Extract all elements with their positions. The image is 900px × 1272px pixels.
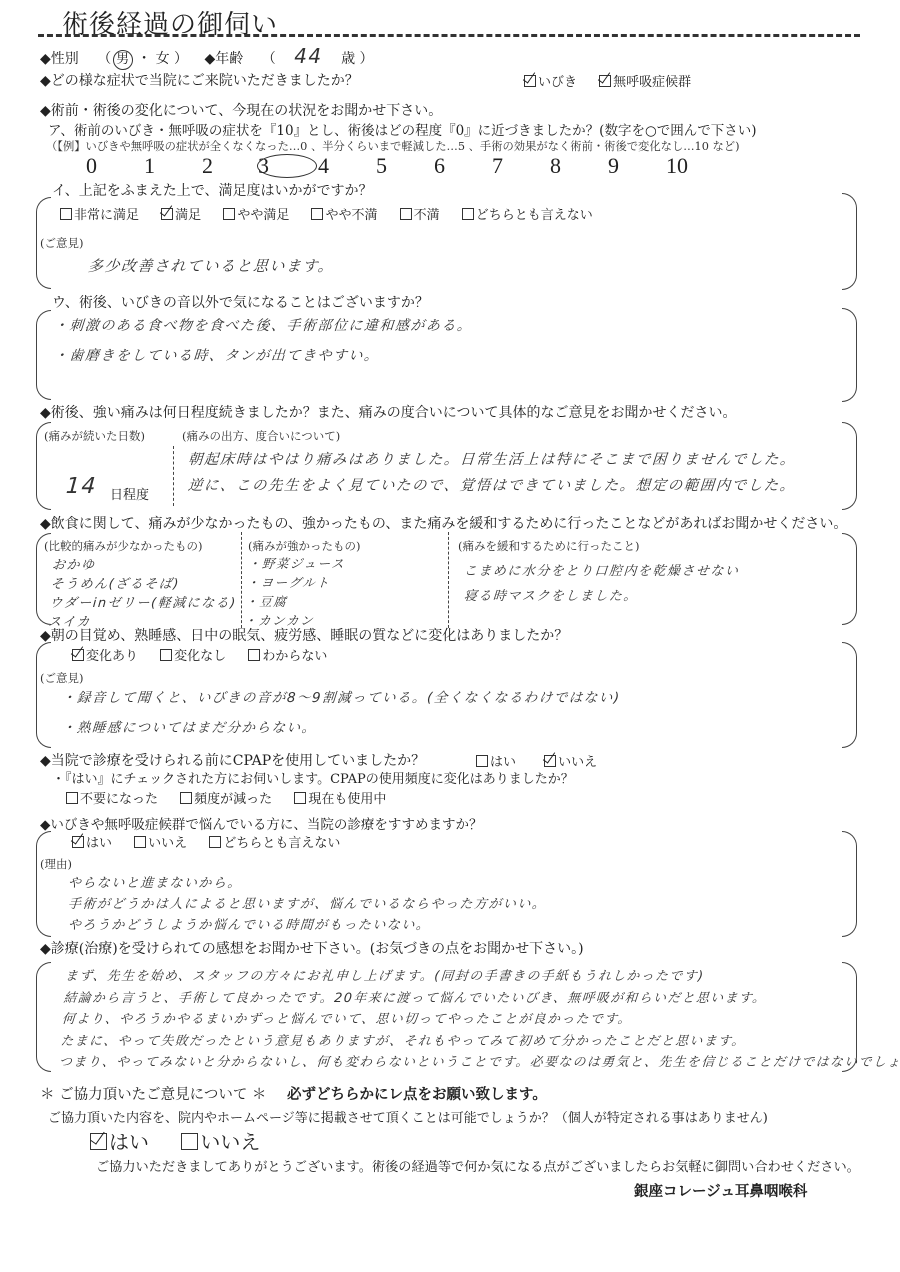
sleep-question: ◆朝の目覚め、熟睡感、日中の眠気、疲労感、睡眠の質などに変化はありましたか？	[40, 625, 568, 645]
recommend-reason-label: (理由)	[40, 856, 72, 872]
checkbox-icon	[66, 792, 78, 804]
scale-3[interactable]: 3	[260, 153, 318, 179]
recommend-option-yes[interactable]: はい	[72, 832, 112, 851]
checkbox-icon	[180, 792, 192, 804]
pain-days-unit: 日程度	[110, 484, 149, 503]
sleep-opinion-line-1[interactable]: ・録音して聞くと、いびきの音が8〜9割減っている。(全くなくなるわけではない)	[61, 686, 621, 706]
food-relief-label: (痛みを緩和するために行ったこと)	[458, 538, 639, 554]
impressions-line[interactable]: つまり、やってみないと分からないし、何も変わらないということです。必要なのは勇気…	[58, 1052, 900, 1074]
bracket-right	[842, 193, 857, 290]
change-scale: 012345678910	[86, 153, 724, 179]
pain-days-value[interactable]: 14	[65, 474, 98, 499]
list-item[interactable]: ・ヨーグルト	[246, 573, 344, 592]
cpap-followup-reduced[interactable]: 頻度が減った	[180, 788, 272, 807]
title-divider	[38, 34, 860, 37]
change-question-a: ア、術前のいびき・無呼吸の症状を『10』とし、術後はどの程度『0』に近づきました…	[48, 119, 757, 139]
food-less-pain-list: おかゆ そうめん(ざるそば) ウダーinゼリー(軽減になる) スイカ	[47, 556, 240, 632]
satisfaction-option-somewhat-dissatisfied[interactable]: やや不満	[311, 204, 377, 223]
scale-5[interactable]: 5	[376, 153, 434, 179]
symptoms-question: ◆どの様な症状で当院にご来院いただきましたか？	[40, 70, 359, 90]
consent-options: はい いいえ	[90, 1126, 278, 1155]
recommend-reason-line-2[interactable]: 手術がどうかは人によると思いますが、悩んでいるならやった方がいい。	[67, 893, 547, 912]
other-concerns-line-2[interactable]: ・歯磨きをしている時、タンが出てきやすい。	[53, 345, 380, 365]
satisfaction-question: イ、上記をふまえた上で、満足度はいかがですか？	[52, 180, 372, 200]
pain-divider	[173, 446, 174, 506]
checkbox-icon	[400, 208, 412, 220]
cpap-question: ◆当院で診療を受けられる前にCPAPを使用していましたか？	[40, 750, 425, 770]
consent-question: ご協力頂いた内容を、院内やホームページ等に掲載させて頂くことは可能でしょうか？（…	[48, 1107, 768, 1126]
food-less-pain-label: (比較的痛みが少なかったもの)	[44, 538, 202, 554]
scale-6[interactable]: 6	[434, 153, 492, 179]
recommend-option-no[interactable]: いいえ	[134, 832, 187, 851]
bracket-right	[842, 533, 857, 625]
consent-heading-left: ＊ ご協力頂いたご意見について ＊	[40, 1087, 266, 1103]
list-item[interactable]: ・野菜ジュース	[247, 554, 345, 573]
consent-option-no[interactable]: いいえ	[181, 1126, 260, 1155]
checkbox-icon	[60, 208, 72, 220]
cpap-followup: ・『はい』にチェックされた方にお伺いします。CPAPの使用頻度に変化はありました…	[52, 768, 574, 787]
list-item[interactable]: そうめん(ざるそば)	[50, 575, 239, 594]
bracket-left	[36, 831, 51, 937]
checkbox-checked-icon	[161, 208, 173, 220]
recommend-reason-line-1[interactable]: やらないと進まないから。	[67, 872, 242, 891]
list-item[interactable]: ウダーinゼリー(軽減になる)	[49, 594, 238, 613]
scale-7[interactable]: 7	[492, 153, 550, 179]
scale-10[interactable]: 10	[666, 153, 724, 179]
bracket-left	[36, 642, 51, 748]
satisfaction-opinion-label: (ご意見)	[40, 235, 83, 251]
bracket-right	[842, 831, 857, 937]
sleep-option-no-change[interactable]: 変化なし	[160, 645, 226, 664]
cpap-followup-options: 不要になった 頻度が減った 現在も使用中	[66, 788, 404, 807]
satisfaction-option-very-satisfied[interactable]: 非常に満足	[60, 204, 139, 223]
pain-detail-line-1[interactable]: 朝起床時はやはり痛みはありました。日常生活上は特にそこまで困りませんでした。	[187, 448, 796, 469]
checkbox-checked-icon[interactable]	[524, 75, 536, 87]
scale-1[interactable]: 1	[144, 153, 202, 179]
pain-detail-line-2[interactable]: 逆に、この先生をよく見ていたので、覚悟はできていました。想定の範囲内でした。	[187, 474, 796, 495]
satisfaction-option-somewhat-satisfied[interactable]: やや満足	[223, 204, 289, 223]
clinic-name: 銀座コレージュ耳鼻咽喉科	[634, 1180, 807, 1201]
other-concerns-question: ウ、術後、いびきの音以外で気になることはございますか？	[52, 292, 429, 312]
food-question: ◆飲食に関して、痛みが少なかったもの、強かったもの、また痛みを緩和するために行っ…	[40, 513, 847, 533]
consent-heading: ＊ ご協力頂いたご意見について ＊ 必ずどちらかにレ点をお願い致します。	[40, 1083, 547, 1104]
checkbox-checked-icon	[72, 836, 84, 848]
impressions-text: まず、先生を始め、スタッフの方々にお礼申し上げます。(同封の手書きの手紙もうれし…	[58, 966, 900, 1074]
satisfaction-option-satisfied[interactable]: 満足	[161, 204, 201, 223]
checkbox-checked-icon	[544, 755, 556, 767]
list-item[interactable]: おかゆ	[51, 556, 240, 575]
food-relief-line-2[interactable]: 寝る時マスクをしました。	[463, 585, 638, 604]
consent-heading-right: 必ずどちらかにレ点をお願い致します。	[287, 1087, 547, 1103]
other-concerns-line-1[interactable]: ・刺激のある食べ物を食べた後、手術部位に違和感がある。	[53, 315, 473, 335]
symptom-option-apnea[interactable]: 無呼吸症候群	[599, 71, 691, 90]
bracket-right	[842, 642, 857, 748]
checkbox-icon	[160, 649, 172, 661]
checkbox-icon	[476, 755, 488, 767]
pain-days-label: (痛みが続いた日数)	[44, 428, 145, 444]
checkbox-checked-icon	[72, 649, 84, 661]
impressions-line[interactable]: たまに、やって失敗だったという意見もありますが、それもやってみて初めて分かったこ…	[60, 1031, 900, 1053]
impressions-line[interactable]: 何より、やろうかやるまいかずっと悩んでいて、思い切ってやったことが良かったです。	[61, 1009, 900, 1031]
sleep-opinion-line-2[interactable]: ・熟睡感についてはまだ分からない。	[61, 716, 317, 736]
sleep-options: 変化あり 変化なし わからない	[72, 645, 345, 664]
scale-4[interactable]: 4	[318, 153, 376, 179]
consent-option-yes[interactable]: はい	[90, 1126, 149, 1155]
sleep-option-changed[interactable]: 変化あり	[72, 645, 138, 664]
pain-detail-label: (痛みの出方、度合いについて)	[182, 428, 340, 444]
bracket-right	[842, 422, 857, 510]
scale-8[interactable]: 8	[550, 153, 608, 179]
food-divider-1	[241, 532, 242, 628]
symptom-option-snoring[interactable]: いびき	[524, 71, 577, 90]
gender-option-male[interactable]: 男	[113, 50, 133, 70]
checkbox-checked-icon	[90, 1133, 107, 1150]
cpap-followup-no-longer-needed[interactable]: 不要になった	[66, 788, 158, 807]
scale-9[interactable]: 9	[608, 153, 666, 179]
food-relief-line-1[interactable]: こまめに水分をとり口腔内を乾燥させない	[463, 560, 740, 579]
impressions-line[interactable]: まず、先生を始め、スタッフの方々にお礼申し上げます。(同封の手書きの手紙もうれし…	[64, 966, 900, 988]
bracket-left	[36, 962, 51, 1072]
checkbox-checked-icon[interactable]	[599, 75, 611, 87]
impressions-line[interactable]: 結論から言うと、手術して良かったです。20年来に渡って悩んでいたいびき、無呼吸が…	[63, 988, 900, 1010]
gender-option-female[interactable]: 女	[156, 51, 170, 67]
checkbox-icon	[248, 649, 260, 661]
satisfaction-opinion-text[interactable]: 多少改善されていると思います。	[87, 255, 335, 276]
satisfaction-option-dissatisfied[interactable]: 不満	[400, 204, 440, 223]
sleep-option-unknown[interactable]: わからない	[248, 645, 327, 664]
consent-thanks: ご協力いただきましてありがとうございます。術後の経過等で何か気になる点がございま…	[96, 1156, 860, 1175]
satisfaction-options: 非常に満足 満足 やや満足 やや不満 不満 どちらとも言えない	[60, 204, 611, 223]
checkbox-icon	[209, 836, 221, 848]
checkbox-icon	[311, 208, 323, 220]
food-strong-pain-list: ・野菜ジュース ・ヨーグルト ・豆腐 ・カンカン	[243, 554, 345, 630]
food-strong-pain-label: (痛みが強かったもの)	[248, 538, 360, 554]
change-heading: ◆術前・術後の変化について、今現在の状況をお聞かせ下さい。	[40, 100, 442, 120]
age-unit: 歳	[341, 51, 355, 67]
checkbox-icon	[134, 836, 146, 848]
checkbox-icon	[294, 792, 306, 804]
gender-label: ◆性別	[40, 51, 79, 67]
bracket-right	[842, 308, 857, 402]
checkbox-icon	[223, 208, 235, 220]
list-item[interactable]: ・豆腐	[245, 592, 343, 611]
recommend-question: ◆いびきや無呼吸症候群で悩んでいる方に、当院の診療をすすめますか？	[40, 813, 483, 833]
demographics-row: ◆性別 （ 男 ・ 女 ） ◆年齢 （ 44 歳 ）	[40, 44, 374, 70]
change-example: （【例】いびきや無呼吸の症状が全くなくなった…0 、半分くらいまで軽減した…5 …	[46, 138, 740, 154]
bracket-left	[36, 310, 51, 400]
checkbox-icon	[462, 208, 474, 220]
scale-2[interactable]: 2	[202, 153, 260, 179]
recommend-options: はい いいえ どちらとも言えない	[72, 832, 358, 851]
symptoms-options: いびき 無呼吸症候群	[524, 71, 709, 90]
cpap-followup-still-using[interactable]: 現在も使用中	[294, 788, 386, 807]
age-value[interactable]: 44	[294, 44, 322, 68]
checkbox-icon	[181, 1133, 198, 1150]
pain-question: ◆術後、強い痛みは何日程度続きましたか？また、痛みの度合いについて具体的なご意見…	[40, 402, 736, 422]
scale-0[interactable]: 0	[86, 153, 144, 179]
sleep-opinion-label: (ご意見)	[40, 670, 83, 686]
impressions-question: ◆診療(治療)を受けられての感想をお聞かせ下さい。(お気づきの点をお聞かせ下さい…	[40, 938, 584, 958]
food-divider-2	[448, 532, 449, 628]
age-label: ◆年齢	[205, 51, 244, 67]
recommend-reason-line-3[interactable]: やろうかどうしようか悩んでいる時間がもったいない。	[67, 914, 431, 933]
satisfaction-option-neutral[interactable]: どちらとも言えない	[462, 204, 593, 223]
recommend-option-neutral[interactable]: どちらとも言えない	[209, 832, 340, 851]
